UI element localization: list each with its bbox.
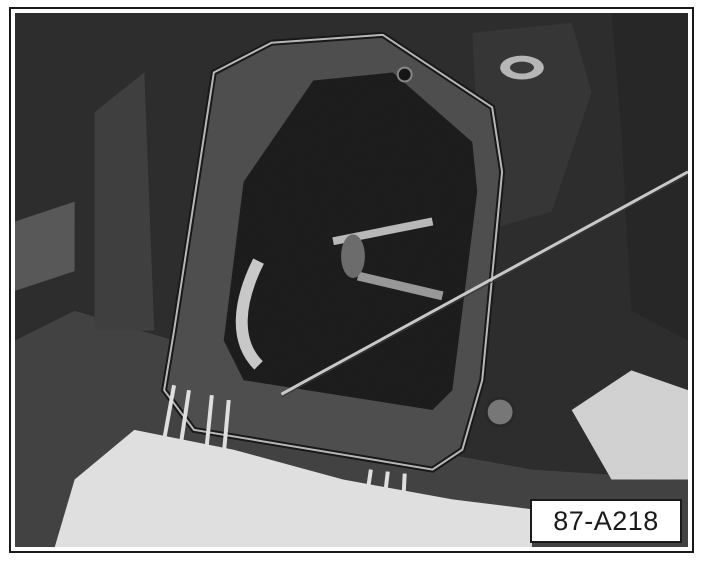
figure-label: 87-A218 xyxy=(530,499,682,543)
photograph xyxy=(15,13,688,547)
photo-illustration xyxy=(15,13,688,547)
photo-frame xyxy=(9,7,694,553)
